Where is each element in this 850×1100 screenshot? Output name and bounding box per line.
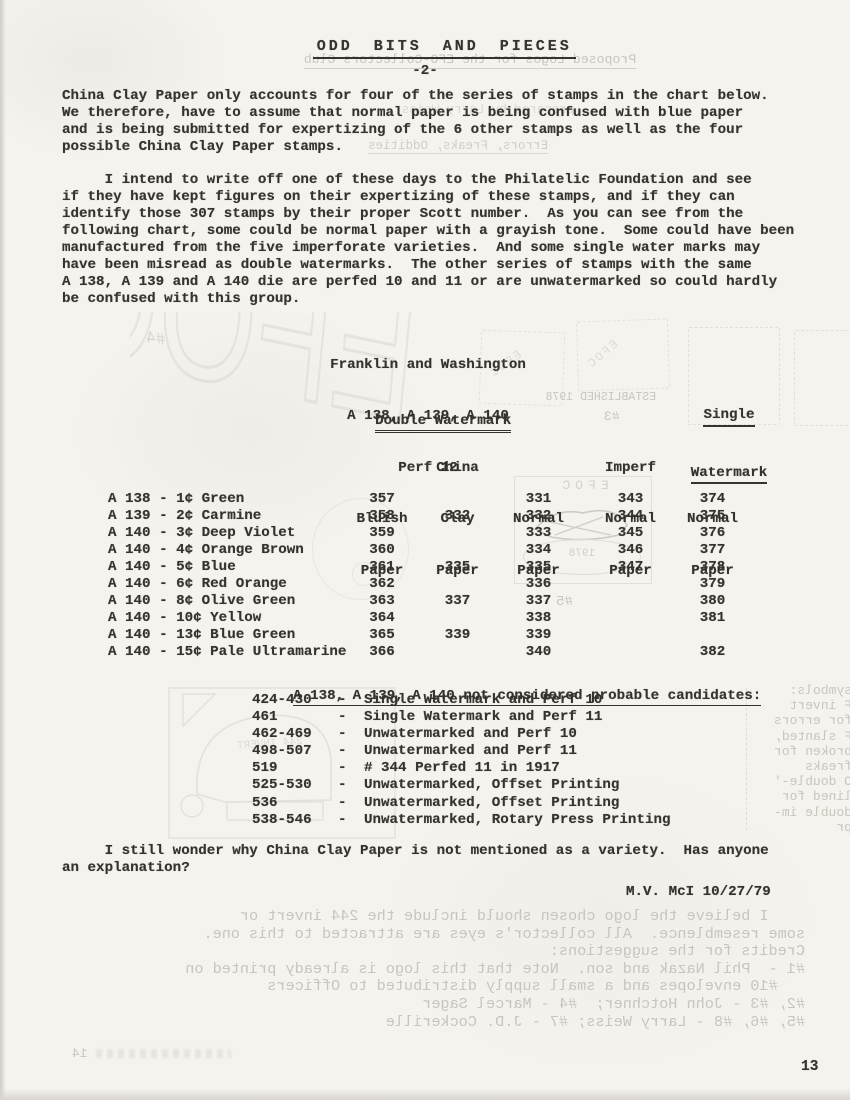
- stamp-label: A 140 - 5¢ Blue: [108, 559, 340, 576]
- scott-number: 339: [491, 627, 586, 644]
- col-header: Imperf: [586, 460, 675, 477]
- candidate-separator: -: [338, 743, 364, 760]
- table-row: A 140 - 15¢ Pale Ultramarine366340382: [108, 644, 750, 661]
- scott-number: 337: [491, 593, 586, 610]
- candidate-separator: -: [338, 795, 364, 812]
- scott-number: [675, 627, 750, 644]
- scott-number: 344: [586, 508, 675, 525]
- scott-number: 378: [675, 559, 750, 576]
- scott-number: 382: [675, 644, 750, 661]
- table-row: A 140 - 4¢ Orange Brown360334346377: [108, 542, 750, 559]
- scott-number: [424, 610, 491, 627]
- candidate-separator: -: [338, 692, 364, 709]
- scott-number: 343: [586, 491, 675, 508]
- candidate-range: 424-430: [252, 692, 338, 709]
- candidate-range: 462-469: [252, 726, 338, 743]
- table-row: A 140 - 8¢ Olive Green363337337380: [108, 593, 750, 610]
- scott-number: [586, 610, 675, 627]
- scott-number: 332: [424, 508, 491, 525]
- table-row: A 140 - 5¢ Blue361335335347378: [108, 559, 750, 576]
- candidate-separator: -: [338, 709, 364, 726]
- page-title-text: ODD BITS AND PIECES: [313, 38, 576, 59]
- bleed-logo-number-3: #3: [604, 409, 620, 424]
- scott-number: 361: [340, 559, 424, 576]
- scott-number: [586, 593, 675, 610]
- scott-number: 366: [340, 644, 424, 661]
- scott-number: 365: [340, 627, 424, 644]
- scott-number: [424, 525, 491, 542]
- candidate-desc: Unwatermarked, Offset Printing: [364, 795, 671, 812]
- scott-number: 333: [491, 525, 586, 542]
- scott-number: 347: [586, 559, 675, 576]
- candidate-range: 461: [252, 709, 338, 726]
- scott-number: 335: [424, 559, 491, 576]
- table-row: A 139 - 2¢ Carmine358332332344375: [108, 508, 750, 525]
- scott-number: 379: [675, 576, 750, 593]
- candidate-separator: -: [338, 812, 364, 829]
- col-header: [491, 460, 586, 477]
- stamp-label: A 140 - 3¢ Deep Violet: [108, 525, 340, 542]
- scott-number: [424, 542, 491, 559]
- table-row: A 138 - 1¢ Green357331343374: [108, 491, 750, 508]
- candidate-desc: Unwatermarked and Perf 10: [364, 726, 671, 743]
- scott-number: 363: [340, 593, 424, 610]
- scott-number: 359: [340, 525, 424, 542]
- scott-number: 374: [675, 491, 750, 508]
- bleed-margin-notes: symbols: F invert for errors F slanted, …: [752, 683, 850, 835]
- bleed-stamp-sketch-2: EFOC: [576, 318, 670, 391]
- scott-number: [586, 644, 675, 661]
- table-row: A 140 - 10¢ Yellow364338381: [108, 610, 750, 627]
- scott-number: 338: [491, 610, 586, 627]
- candidate-desc: Unwatermarked, Offset Printing: [364, 777, 671, 794]
- candidates-list: 424-430-Single Watermark and Perf 10461-…: [252, 692, 671, 829]
- col-header: [340, 460, 424, 477]
- candidate-desc: Single Watermark and Perf 10: [364, 692, 671, 709]
- candidate-item: 498-507-Unwatermarked and Perf 11: [252, 743, 671, 760]
- stamp-table-body: A 138 - 1¢ Green357331343374A 139 - 2¢ C…: [108, 491, 750, 661]
- scott-number: [586, 627, 675, 644]
- bleed-stamp-sketch-4: [794, 330, 850, 426]
- candidate-range: 519: [252, 760, 338, 777]
- table-row: A 140 - 13¢ Blue Green365339339: [108, 627, 750, 644]
- scott-number: 331: [491, 491, 586, 508]
- page-number-top: -2-: [0, 63, 850, 79]
- scott-number: 358: [340, 508, 424, 525]
- candidate-desc: Unwatermarked and Perf 11: [364, 743, 671, 760]
- bleed-stamp-diagonal-text: EFOC: [584, 338, 621, 372]
- intro-paragraph: China Clay Paper only accounts for four …: [62, 88, 769, 156]
- stamp-label: A 140 - 6¢ Red Orange: [108, 576, 340, 593]
- page-number-bottom: 13: [801, 1059, 818, 1075]
- scott-number: 346: [586, 542, 675, 559]
- stamp-label: A 140 - 13¢ Blue Green: [108, 627, 340, 644]
- table-row: A 140 - 3¢ Deep Violet359333345376: [108, 525, 750, 542]
- scott-number: 340: [491, 644, 586, 661]
- page-bottom-edge: [0, 1088, 850, 1100]
- candidate-separator: -: [338, 760, 364, 777]
- stamp-label: A 139 - 2¢ Carmine: [108, 508, 340, 525]
- candidate-desc: # 344 Perfed 11 in 1917: [364, 760, 671, 777]
- stamp-label: A 140 - 8¢ Olive Green: [108, 593, 340, 610]
- scott-number: 337: [424, 593, 491, 610]
- table-title-series: Franklin and Washington: [278, 357, 578, 374]
- scott-number: 339: [424, 627, 491, 644]
- scott-number: 332: [491, 508, 586, 525]
- column-header-row-1: China Imperf: [108, 460, 750, 477]
- stamp-label: A 140 - 4¢ Orange Brown: [108, 542, 340, 559]
- scott-number: 364: [340, 610, 424, 627]
- scott-number: 377: [675, 542, 750, 559]
- col-header: [675, 460, 750, 477]
- candidate-item: 536-Unwatermarked, Offset Printing: [252, 795, 671, 812]
- col-header: China: [424, 460, 491, 477]
- scott-number: 345: [586, 525, 675, 542]
- candidate-range: 498-507: [252, 743, 338, 760]
- page-left-edge: [0, 0, 6, 1100]
- scott-number: 357: [340, 491, 424, 508]
- candidate-desc: Single Watermark and Perf 11: [364, 709, 671, 726]
- candidate-item: 538-546-Unwatermarked, Rotary Press Prin…: [252, 812, 671, 829]
- body-paragraph: I intend to write off one of these days …: [62, 172, 794, 308]
- bleed-smudge: [96, 1049, 231, 1058]
- stamp-label: A 140 - 10¢ Yellow: [108, 610, 340, 627]
- table-row: A 140 - 6¢ Red Orange362336379: [108, 576, 750, 593]
- bleed-logo-number-4: #4: [145, 329, 167, 349]
- bleed-bottom-paragraph: I believe the logo chosen should include…: [105, 908, 805, 1031]
- candidate-item: 424-430-Single Watermark and Perf 10: [252, 692, 671, 709]
- single-watermark-line1: Single: [703, 406, 754, 427]
- scott-number: 334: [491, 542, 586, 559]
- bleed-back-page-number: 14: [72, 1046, 88, 1061]
- scott-number: 375: [675, 508, 750, 525]
- stamp-label: A 140 - 15¢ Pale Ultramarine: [108, 644, 340, 661]
- candidate-range: 525-530: [252, 777, 338, 794]
- candidate-separator: -: [338, 726, 364, 743]
- closing-paragraph: I still wonder why China Clay Paper is n…: [62, 843, 769, 877]
- candidate-item: 461-Single Watermark and Perf 11: [252, 709, 671, 726]
- scott-number: 336: [491, 576, 586, 593]
- candidate-desc: Unwatermarked, Rotary Press Printing: [364, 812, 671, 829]
- scott-number: 376: [675, 525, 750, 542]
- scott-number: [424, 644, 491, 661]
- scott-number: [424, 491, 491, 508]
- candidate-range: 538-546: [252, 812, 338, 829]
- scott-number: 360: [340, 542, 424, 559]
- signature: M.V. McI 10/27/79: [626, 884, 771, 900]
- candidate-separator: -: [338, 777, 364, 794]
- stamp-label: A 138 - 1¢ Green: [108, 491, 340, 508]
- scott-number: 380: [675, 593, 750, 610]
- scott-number: 362: [340, 576, 424, 593]
- candidate-item: 519-# 344 Perfed 11 in 1917: [252, 760, 671, 777]
- candidate-item: 525-530-Unwatermarked, Offset Printing: [252, 777, 671, 794]
- scott-number: 335: [491, 559, 586, 576]
- candidate-range: 536: [252, 795, 338, 812]
- scott-number: [424, 576, 491, 593]
- scott-number: [586, 576, 675, 593]
- scott-number: 381: [675, 610, 750, 627]
- scanned-newsletter-page: Proposed Logos for the EFO-Collectors Cl…: [0, 0, 850, 1100]
- candidate-item: 462-469-Unwatermarked and Perf 10: [252, 726, 671, 743]
